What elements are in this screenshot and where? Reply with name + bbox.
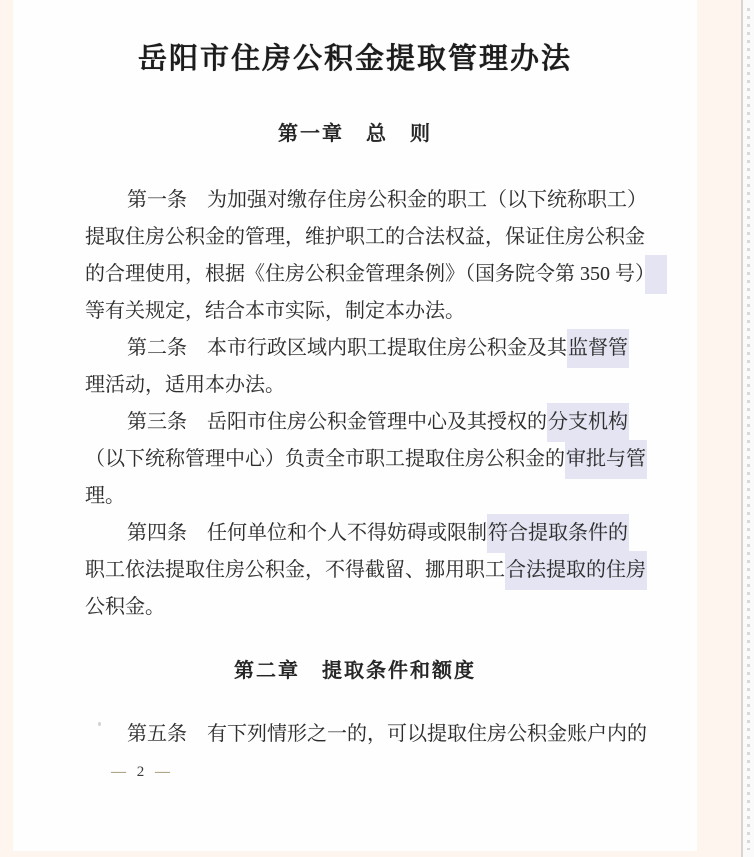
highlighted-text: 审批与管	[565, 440, 647, 479]
chapter1-heading: 第一章 总 则	[13, 117, 697, 146]
text-line: 理。	[85, 478, 651, 515]
text-line: 公积金。	[85, 589, 651, 626]
text-run: 的合理使用，根据《住房公积金管理条例》（国务院令第 350 号）	[85, 263, 645, 285]
scan-speck	[98, 722, 101, 726]
text-run: 等有关规定，结合本市实际，制定本办法。	[85, 300, 465, 322]
text-run: 职工依法提取住房公积金，不得截留、挪用职工	[85, 559, 505, 581]
page-number-dash-right: —	[155, 764, 171, 780]
highlighted-text: 合法提取的住房	[505, 551, 647, 590]
text-line: 职工依法提取住房公积金，不得截留、挪用职工合法提取的住房	[85, 552, 651, 589]
highlighted-text	[645, 255, 667, 294]
highlighted-text: 符合提取条件的	[487, 514, 629, 553]
text-line: 第三条 岳阳市住房公积金管理中心及其授权的分支机构	[85, 404, 651, 441]
text-line: 第五条 有下列情形之一的，可以提取住房公积金账户内的	[85, 716, 651, 753]
text-run: （以下统称管理中心）负责全市职工提取住房公积金的	[85, 448, 565, 470]
text-run: 第四条 任何单位和个人不得妨碍或限制	[127, 522, 487, 544]
text-line: 第二条 本市行政区域内职工提取住房公积金及其监督管	[85, 330, 651, 367]
text-line: 等有关规定，结合本市实际，制定本办法。	[85, 293, 651, 330]
scan-speck	[152, 57, 155, 60]
text-run: 第三条 岳阳市住房公积金管理中心及其授权的	[127, 411, 547, 433]
text-line: 的合理使用，根据《住房公积金管理条例》（国务院令第 350 号）	[85, 256, 651, 293]
page-number-value: 2	[132, 764, 151, 780]
text-line: 第四条 任何单位和个人不得妨碍或限制符合提取条件的	[85, 515, 651, 552]
chapter2-heading: 第二章 提取条件和额度	[13, 654, 697, 683]
text-run: 第二条 本市行政区域内职工提取住房公积金及其	[127, 337, 567, 359]
chapter1-body-text: 第一条 为加强对缴存住房公积金的职工（以下统称职工）提取住房公积金的管理，维护职…	[85, 182, 651, 626]
highlighted-text: 分支机构	[547, 403, 629, 442]
text-run: 第一条 为加强对缴存住房公积金的职工（以下统称职工）	[127, 189, 647, 211]
chapter2-body-text: 第五条 有下列情形之一的，可以提取住房公积金账户内的	[85, 716, 651, 753]
text-line: 提取住房公积金的管理，维护职工的合法权益，保证住房公积金	[85, 219, 651, 256]
page-number: — 2 —	[111, 764, 171, 781]
text-run: 提取住房公积金的管理，维护职工的合法权益，保证住房公积金	[85, 226, 645, 248]
text-run: 理活动，适用本办法。	[85, 374, 285, 396]
scanned-document: 岳阳市住房公积金提取管理办法 第一章 总 则 第一条 为加强对缴存住房公积金的职…	[0, 0, 754, 857]
text-run: 第五条 有下列情形之一的，可以提取住房公积金账户内的	[127, 723, 647, 745]
text-line: （以下统称管理中心）负责全市职工提取住房公积金的审批与管	[85, 441, 651, 478]
perforation-dots	[747, 8, 750, 850]
text-run: 公积金。	[85, 596, 165, 618]
text-run: 理。	[85, 485, 125, 507]
document-page: 岳阳市住房公积金提取管理办法 第一章 总 则 第一条 为加强对缴存住房公积金的职…	[13, 0, 697, 851]
highlighted-text: 监督管	[567, 329, 629, 368]
text-line: 理活动，适用本办法。	[85, 367, 651, 404]
page-number-dash-left: —	[111, 764, 127, 780]
text-line: 第一条 为加强对缴存住房公积金的职工（以下统称职工）	[85, 182, 651, 219]
document-title: 岳阳市住房公积金提取管理办法	[13, 36, 697, 77]
